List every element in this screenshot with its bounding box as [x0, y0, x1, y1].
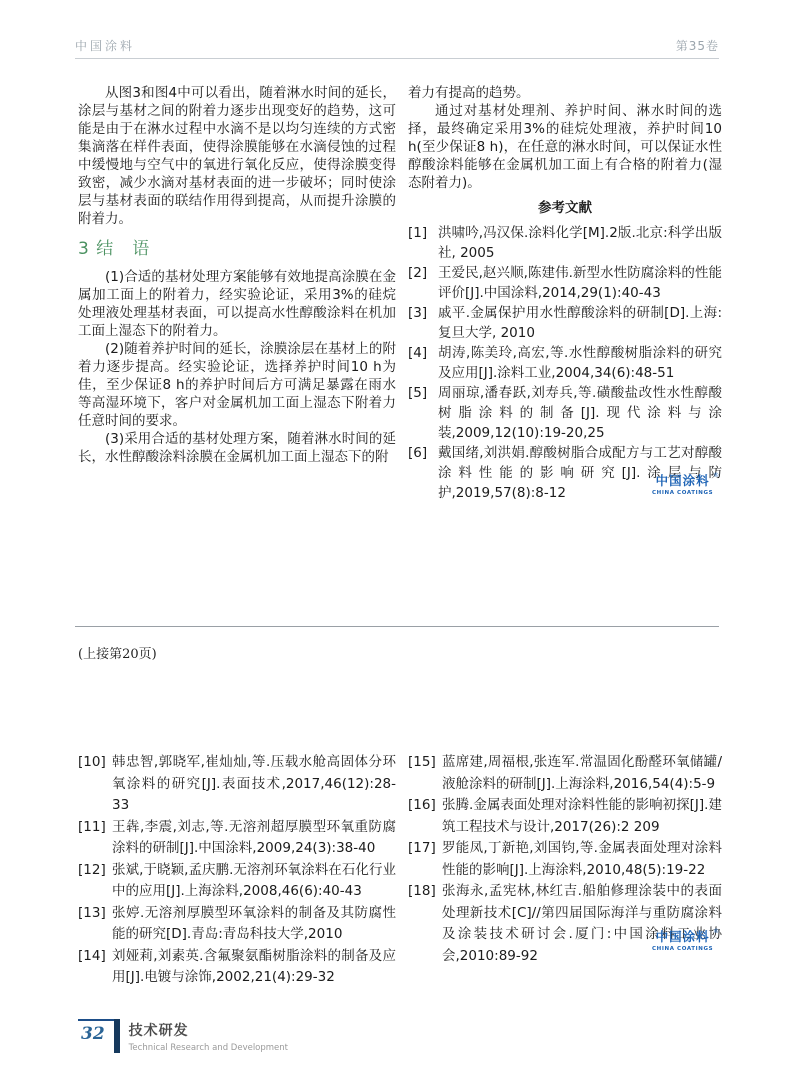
continued-refs-left-column: [10] 韩忠智,郭晓军,崔灿灿,等.压载水舱高固体分环氧涂料的研究[J].表面… — [78, 752, 396, 989]
reference-number: [14] — [78, 946, 112, 989]
registered-mark-icon: ® — [713, 473, 720, 479]
conclusion-item-1: (1)合适的基材处理方案能够有效地提高涂膜在金属加工面上的附着力，经实验论证，采… — [78, 268, 396, 340]
continued-from-note: (上接第20页) — [78, 643, 157, 662]
reference-item: [13] 张婷.无溶剂厚膜型环氧涂料的制备及其防腐性能的研究[D].青岛:青岛科… — [78, 903, 396, 946]
reference-number: [3] — [408, 303, 438, 343]
reference-item: [11] 王犇,李震,刘志,等.无溶剂超厚膜型环氧重防腐涂料的研制[J].中国涂… — [78, 817, 396, 860]
reference-text: 张婷.无溶剂厚膜型环氧涂料的制备及其防腐性能的研究[D].青岛:青岛科技大学,2… — [112, 903, 396, 946]
reference-item: [12] 张斌,于晓颖,孟庆鹏.无溶剂环氧涂料在石化行业中的应用[J].上海涂料… — [78, 860, 396, 903]
reference-item: [5] 周丽琼,潘春跃,刘寿兵,等.磺酸盐改性水性醇酸树脂涂料的制备[J].现代… — [408, 383, 722, 443]
page-number: 32 — [78, 1019, 114, 1053]
reference-number: [16] — [408, 795, 442, 838]
reference-number: [15] — [408, 752, 442, 795]
reference-item: [16] 张腾.金属表面处理对涂料性能的影响初探[J].建筑工程技术与设计,20… — [408, 795, 722, 838]
registered-mark-icon: ® — [713, 929, 720, 935]
conclusion-item-2: (2)随着养护时间的延长，涂膜涂层在基材上的附着力逐步提高。经实验论证，选择养护… — [78, 340, 396, 430]
reference-text: 韩忠智,郭晓军,崔灿灿,等.压载水舱高固体分环氧涂料的研究[J].表面技术,20… — [112, 752, 396, 817]
body-paragraph: 从图3和图4中可以看出，随着淋水时间的延长，涂层与基材之间的附着力逐步出现变好的… — [78, 84, 396, 228]
reference-text: 张海永,孟宪林,林红吉.船舶修理涂装中的表面处理新技术[C]//第四届国际海洋与… — [442, 881, 722, 967]
logo-cn-text: 中国涂料® — [652, 931, 713, 944]
reference-text: 王爱民,赵兴顺,陈建伟.新型水性防腐涂料的性能评价[J].中国涂料,2014,2… — [438, 263, 722, 303]
reference-item: [18] 张海永,孟宪林,林红吉.船舶修理涂装中的表面处理新技术[C]//第四届… — [408, 881, 722, 967]
reference-text: 张腾.金属表面处理对涂料性能的影响初探[J].建筑工程技术与设计,2017(26… — [442, 795, 722, 838]
china-coatings-logo: 中国涂料® CHINA COATINGS — [652, 931, 713, 952]
conclusion-item-3: (3)采用合适的基材处理方案，随着淋水时间的延长，水性醇酸涂料涂膜在金属机加工面… — [78, 430, 396, 466]
reference-number: [10] — [78, 752, 112, 817]
logo-cn-text: 中国涂料® — [652, 475, 713, 488]
logo-en-text: CHINA COATINGS — [652, 947, 713, 953]
reference-text: 罗能凤,丁新艳,刘国钧,等.金属表面处理对涂料性能的影响[J].上海涂料,201… — [442, 838, 722, 881]
reference-number: [11] — [78, 817, 112, 860]
reference-number: [12] — [78, 860, 112, 903]
logo-en-text: CHINA COATINGS — [652, 491, 713, 497]
reference-text: 王犇,李震,刘志,等.无溶剂超厚膜型环氧重防腐涂料的研制[J].中国涂料,200… — [112, 817, 396, 860]
reference-text: 蓝席建,周福根,张连军.常温固化酚醛环氧储罐/液舱涂料的研制[J].上海涂料,2… — [442, 752, 722, 795]
reference-text: 戚平.金属保护用水性醇酸涂料的研制[D].上海:复旦大学, 2010 — [438, 303, 722, 343]
page-footer: 32 技术研发 Technical Research and Developme… — [78, 1019, 288, 1053]
reference-item: [4] 胡涛,陈美玲,高宏,等.水性醇酸树脂涂料的研究及应用[J].涂料工业,2… — [408, 343, 722, 383]
reference-item: [14] 刘娅莉,刘素英.含氟聚氨酯树脂涂料的制备及应用[J].电镀与涂饰,20… — [78, 946, 396, 989]
reference-item: [15] 蓝席建,周福根,张连军.常温固化酚醛环氧储罐/液舱涂料的研制[J].上… — [408, 752, 722, 795]
reference-number: [6] — [408, 443, 438, 503]
reference-text: 洪啸吟,冯汉保.涂料化学[M].2版.北京:科学出版社, 2005 — [438, 223, 722, 263]
reference-number: [5] — [408, 383, 438, 443]
footer-section-en: Technical Research and Development — [129, 1043, 288, 1053]
footer-section-titles: 技术研发 Technical Research and Development — [129, 1019, 288, 1053]
footer-section-cn: 技术研发 — [129, 1020, 288, 1040]
footer-divider-bar — [114, 1019, 120, 1053]
reference-number: [18] — [408, 881, 442, 967]
section-heading-conclusion: 3 结 语 — [78, 239, 396, 259]
article-left-column: 从图3和图4中可以看出，随着淋水时间的延长，涂层与基材之间的附着力逐步出现变好的… — [78, 84, 396, 466]
journal-page: 中国涂料 第35卷 从图3和图4中可以看出，随着淋水时间的延长，涂层与基材之间的… — [0, 0, 794, 1077]
journal-name: 中国涂料 — [75, 37, 135, 54]
reference-item: [17] 罗能凤,丁新艳,刘国钧,等.金属表面处理对涂料性能的影响[J].上海涂… — [408, 838, 722, 881]
reference-text: 周丽琼,潘春跃,刘寿兵,等.磺酸盐改性水性醇酸树脂涂料的制备[J].现代涂料与涂… — [438, 383, 722, 443]
reference-item: [2] 王爱民,赵兴顺,陈建伟.新型水性防腐涂料的性能评价[J].中国涂料,20… — [408, 263, 722, 303]
reference-text: 刘娅莉,刘素英.含氟聚氨酯树脂涂料的制备及应用[J].电镀与涂饰,2002,21… — [112, 946, 396, 989]
reference-item: [1] 洪啸吟,冯汉保.涂料化学[M].2版.北京:科学出版社, 2005 — [408, 223, 722, 263]
references-title: 参考文献 — [408, 199, 722, 217]
reference-number: [1] — [408, 223, 438, 263]
reference-text: 胡涛,陈美玲,高宏,等.水性醇酸树脂涂料的研究及应用[J].涂料工业,2004,… — [438, 343, 722, 383]
reference-number: [13] — [78, 903, 112, 946]
reference-number: [4] — [408, 343, 438, 383]
volume-label: 第35卷 — [676, 37, 719, 54]
article-right-column: 着力有提高的趋势。 通过对基材处理剂、养护时间、淋水时间的选择，最终确定采用3%… — [408, 84, 722, 503]
section-divider — [75, 626, 719, 627]
china-coatings-logo: 中国涂料® CHINA COATINGS — [652, 475, 713, 496]
reference-text: 张斌,于晓颖,孟庆鹏.无溶剂环氧涂料在石化行业中的应用[J].上海涂料,2008… — [112, 860, 396, 903]
summary-paragraph: 通过对基材处理剂、养护时间、淋水时间的选择，最终确定采用3%的硅烷处理液，养护时… — [408, 102, 722, 192]
conclusion-item-3-continued: 着力有提高的趋势。 — [408, 84, 722, 102]
reference-number: [17] — [408, 838, 442, 881]
reference-item: [3] 戚平.金属保护用水性醇酸涂料的研制[D].上海:复旦大学, 2010 — [408, 303, 722, 343]
page-header: 中国涂料 第35卷 — [75, 36, 719, 59]
reference-item: [10] 韩忠智,郭晓军,崔灿灿,等.压载水舱高固体分环氧涂料的研究[J].表面… — [78, 752, 396, 817]
reference-number: [2] — [408, 263, 438, 303]
